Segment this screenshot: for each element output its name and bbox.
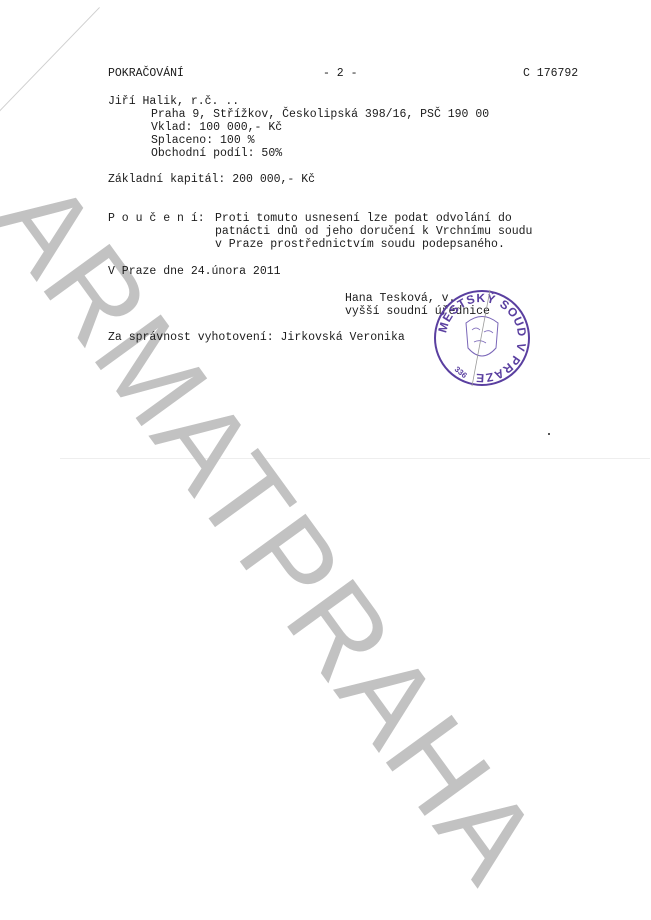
continuation-label: POKRAČOVÁNÍ (108, 67, 184, 81)
court-stamp-icon: MĚSTSKÝ SOUD V PRAZE 336 (432, 288, 532, 388)
partner-paid: Splaceno: 100 % (151, 134, 255, 148)
scan-artifact-line (0, 7, 100, 116)
scan-speck (548, 433, 550, 435)
instruction-line: patnácti dnů od jeho doručení k Vrchnímu… (215, 225, 532, 239)
watermark: ARMATPRAHA (0, 155, 566, 907)
registered-capital: Základní kapitál: 200 000,- Kč (108, 173, 315, 187)
partner-deposit: Vklad: 100 000,- Kč (151, 121, 282, 135)
partner-address: Praha 9, Střížkov, Českolipská 398/16, P… (151, 108, 489, 122)
partner-name: Jiří Halik, r.č. .. (108, 95, 239, 109)
instruction-line: Proti tomuto usnesení lze podat odvolání… (215, 212, 512, 226)
svg-text:336: 336 (453, 365, 469, 381)
partner-share: Obchodní podíl: 50% (151, 147, 282, 161)
copy-verification: Za správnost vyhotovení: Jirkovská Veron… (108, 331, 405, 345)
case-number: C 176792 (523, 67, 578, 81)
instruction-line: v Praze prostřednictvím soudu podepsanéh… (215, 238, 505, 252)
document-page: ARMATPRAHA POKRAČOVÁNÍ - 2 - C 176792 Ji… (0, 0, 651, 920)
page-number: - 2 - (323, 67, 358, 81)
date-line: V Praze dne 24.února 2011 (108, 265, 281, 279)
instruction-label: P o u č e n í: (108, 212, 205, 226)
